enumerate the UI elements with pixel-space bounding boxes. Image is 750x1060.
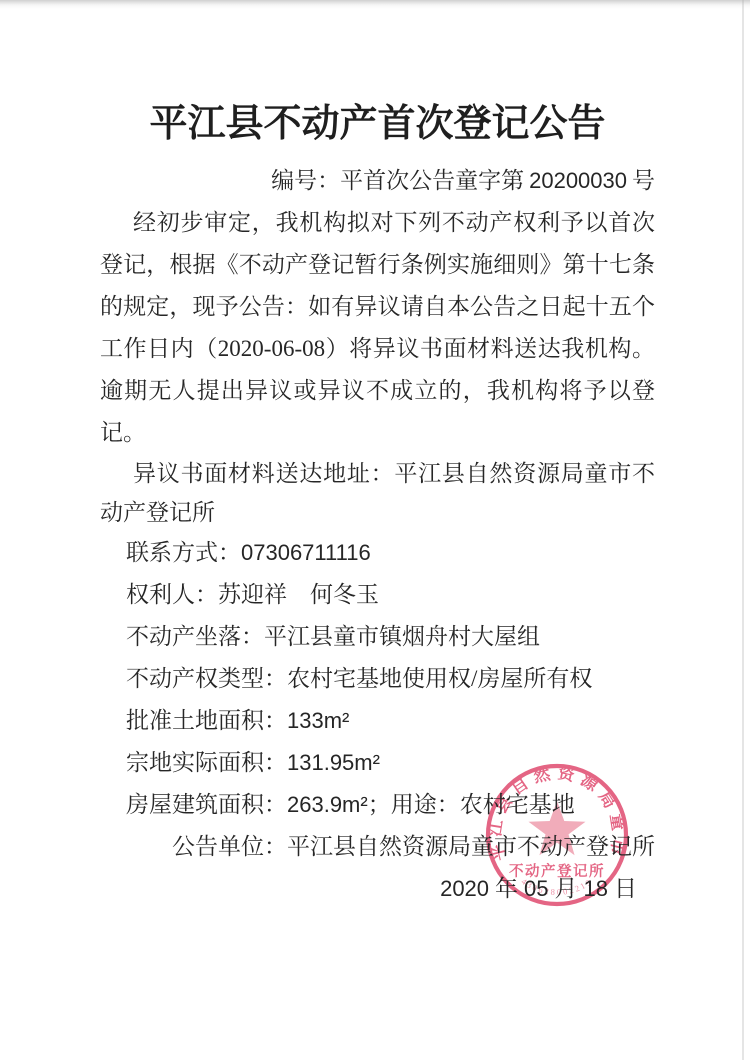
detail-label: 权利人： xyxy=(126,582,218,607)
detail-row-rights-holder: 权利人：苏迎祥 何冬玉 xyxy=(100,574,655,616)
detail-value: 133m² xyxy=(287,708,349,733)
doc-number-line: 编号：平首次公告童字第20200030号 xyxy=(100,159,655,202)
detail-label2: ；用途： xyxy=(368,792,460,817)
detail-value: 07306711116 xyxy=(241,540,371,565)
detail-value: 263.9m² xyxy=(287,792,368,817)
date-year-label: 年 xyxy=(495,876,518,901)
notice-document: 平江县自然资源局童市 不动产登记所 430628002219 平江县不动产首次登… xyxy=(0,0,750,1060)
detail-label: 不动产坐落： xyxy=(126,624,264,649)
detail-value: 131.95m² xyxy=(287,750,380,775)
date-month-label: 月 xyxy=(555,876,578,901)
detail-row-building-area-use: 房屋建筑面积：263.9m²；用途：农村宅基地 xyxy=(100,784,655,826)
date-day: 18 xyxy=(584,876,608,901)
detail-row-location: 不动产坐落：平江县童市镇烟舟村大屋组 xyxy=(100,616,655,658)
detail-row-contact: 联系方式：07306711116 xyxy=(100,532,655,574)
doc-number-value: 20200030 xyxy=(529,168,627,193)
date-day-label: 日 xyxy=(614,876,637,901)
detail-label: 批准土地面积： xyxy=(126,708,287,733)
detail-value2: 农村宅基地 xyxy=(460,792,575,817)
date-line: 2020年05月18日 xyxy=(100,868,655,910)
detail-row-parcel-actual-area: 宗地实际面积：131.95m² xyxy=(100,742,655,784)
date-month: 05 xyxy=(524,876,548,901)
detail-label: 联系方式： xyxy=(126,540,241,565)
notice-content: 平江县不动产首次登记公告 编号：平首次公告童字第20200030号 经初步审定，… xyxy=(0,0,750,910)
page-title: 平江县不动产首次登记公告 xyxy=(100,0,655,153)
doc-number-prefix: 编号：平首次公告童字第 xyxy=(271,168,524,193)
detail-label: 宗地实际面积： xyxy=(126,750,287,775)
detail-label: 不动产权类型： xyxy=(126,666,287,691)
intro-paragraph: 经初步审定，我机构拟对下列不动产权利予以首次登记，根据《不动产登记暂行条例实施细… xyxy=(100,202,655,454)
objection-address-paragraph: 异议书面材料送达地址：平江县自然资源局童市不动产登记所 xyxy=(100,454,655,532)
detail-value: 平江县童市镇烟舟村大屋组 xyxy=(264,624,540,649)
property-details-list: 联系方式：07306711116 权利人：苏迎祥 何冬玉 不动产坐落：平江县童市… xyxy=(100,532,655,826)
detail-value: 苏迎祥 何冬玉 xyxy=(218,582,379,607)
detail-value: 农村宅基地使用权/房屋所有权 xyxy=(287,666,592,691)
issuer-line: 公告单位：平江县自然资源局童市不动产登记所 xyxy=(100,826,655,868)
detail-row-approved-land-area: 批准土地面积：133m² xyxy=(100,700,655,742)
doc-number-suffix: 号 xyxy=(632,168,655,193)
date-year: 2020 xyxy=(440,876,489,901)
detail-label: 房屋建筑面积： xyxy=(126,792,287,817)
detail-row-right-type: 不动产权类型：农村宅基地使用权/房屋所有权 xyxy=(100,658,655,700)
